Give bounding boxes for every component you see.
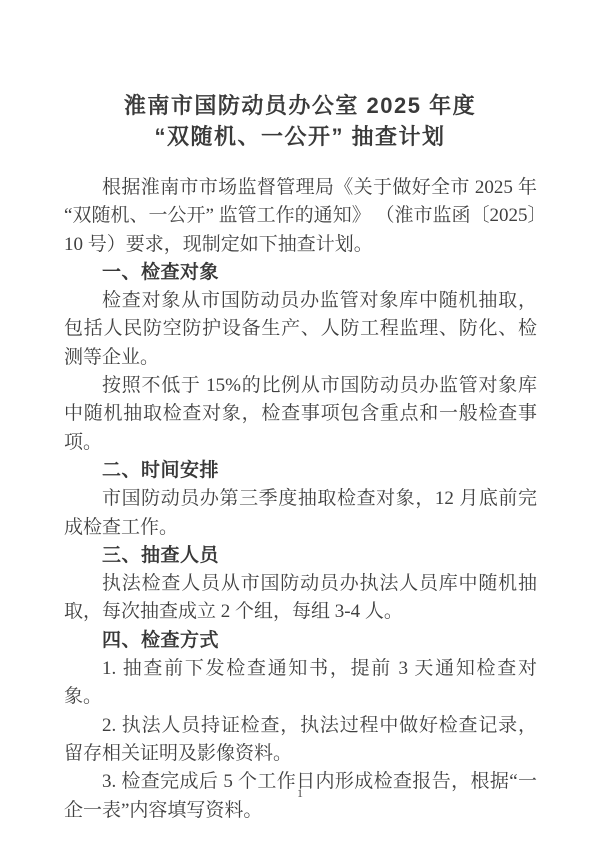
- section-heading-2: 二、时间安排: [64, 457, 537, 485]
- paragraph-targets-2: 按照不低于 15%的比例从市国防动员办监管对象库中随机抽取检查对象，检查事项包含…: [64, 372, 537, 457]
- section-heading-4: 四、检查方式: [64, 627, 537, 655]
- document-title-line-2: “双随机、一公开” 抽查计划: [40, 121, 560, 152]
- page-number: 1: [0, 786, 600, 801]
- document-title-line-1: 淮南市国防动员办公室 2025 年度: [40, 90, 560, 121]
- paragraph-targets-1: 检查对象从市国防动员办监管对象库中随机抽取，包括人民防空防护设备生产、人防工程监…: [64, 287, 537, 372]
- section-heading-3: 三、抽查人员: [64, 542, 537, 570]
- section-heading-1: 一、检查对象: [64, 259, 537, 287]
- paragraph-schedule: 市国防动员办第三季度抽取检查对象，12 月底前完成检查工作。: [64, 485, 537, 542]
- paragraph-intro: 根据淮南市市场监督管理局《关于做好全市 2025 年“双随机、一公开” 监管工作…: [64, 174, 537, 259]
- paragraph-method-2: 2. 执法人员持证检查，执法过程中做好检查记录，留存相关证明及影像资料。: [64, 712, 537, 769]
- document-body: 根据淮南市市场监督管理局《关于做好全市 2025 年“双随机、一公开” 监管工作…: [64, 174, 537, 825]
- document-page: 淮南市国防动员办公室 2025 年度 “双随机、一公开” 抽查计划 根据淮南市市…: [0, 0, 600, 855]
- paragraph-method-1: 1. 抽查前下发检查通知书，提前 3 天通知检查对象。: [64, 655, 537, 712]
- paragraph-personnel: 执法检查人员从市国防动员办执法人员库中随机抽取，每次抽查成立 2 个组，每组 3…: [64, 570, 537, 627]
- document-title: 淮南市国防动员办公室 2025 年度 “双随机、一公开” 抽查计划: [40, 90, 560, 152]
